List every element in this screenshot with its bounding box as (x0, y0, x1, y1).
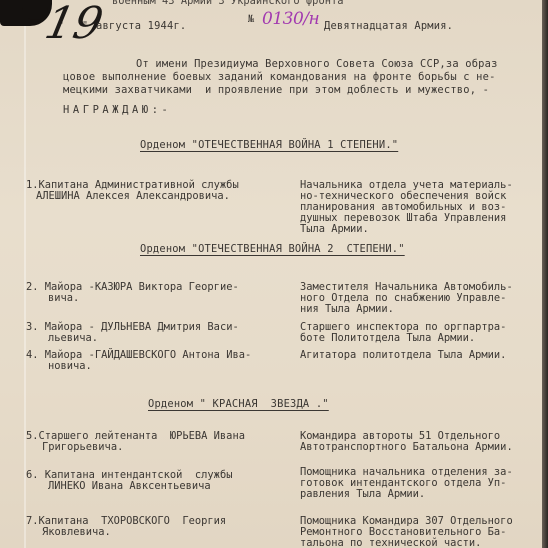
preamble-line-2: цовое выполнение боевых заданий командов… (63, 72, 496, 83)
position-line: тальона по технической части. (300, 538, 540, 548)
award-entry-5-position: Командира автороты 51 Отдельного Автотра… (300, 431, 540, 453)
preamble-line-3: мецкими захватчиками и проявление при эт… (63, 85, 489, 96)
award-entry-6-name: 6. Капитана интендантской службы ЛИНЕКО … (26, 470, 288, 492)
position-line: боте Политотдела Тыла Армии. (300, 333, 540, 344)
section-heading-patriotic-war-1: Орденом "ОТЕЧЕСТВЕННАЯ ВОЙНА 1 СТЕПЕНИ." (140, 140, 398, 151)
award-entry-5-name: 5.Старшего лейтенанта ЮРЬЕВА Ивана Григо… (26, 431, 288, 453)
order-number: 0130/н (262, 9, 319, 29)
section-heading-red-star: Орденом " КРАСНАЯ ЗВЕЗДА ." (148, 399, 329, 410)
award-entry-4-position: Агитатора политотдела Тыла Армии. (300, 350, 540, 361)
position-line: равления Тыла Армии. (300, 489, 540, 500)
entry-2-line-2: вича. (26, 293, 288, 304)
entry-6-line-2: ЛИНЕКО Ивана Авксентьевича (26, 481, 288, 492)
award-entry-1-position: Начальника отдела учета материаль- но-те… (300, 180, 540, 235)
position-line: Автотранспортного Батальона Армии. (300, 442, 540, 453)
award-entry-7-position: Помощника Командира 307 Отдельного Ремон… (300, 516, 540, 548)
army-name: Девятнадцатая Армия. (324, 21, 453, 32)
entry-7-line-2: Яковлевича. (26, 527, 288, 538)
award-entry-7-name: 7.Капитана ТХОРОВСКОГО Георгия Яковлевич… (26, 516, 288, 538)
award-entry-4-name: 4. Майора -ГАЙДАШЕВСКОГО Антона Ива- нов… (26, 350, 288, 372)
paper-fold (24, 0, 26, 548)
section-heading-patriotic-war-2: Орденом "ОТЕЧЕСТВЕННАЯ ВОЙНА 2 СТЕПЕНИ." (140, 244, 405, 255)
preamble-line-1: От имени Президиума Верховного Совета Со… (136, 59, 498, 70)
award-entry-3-name: 3. Майора - ДУЛЬНЕВА Дмитрия Васи- льеви… (26, 322, 288, 344)
date-month-year: августа 1944г. (96, 21, 186, 32)
award-entry-1-name: 1.Капитана Административной службы АЛЕШИ… (26, 180, 288, 202)
award-entry-2-name: 2. Майора -КАЗЮРА Виктора Георгие- вича. (26, 282, 288, 304)
position-line: Тыла Армии. (300, 224, 540, 235)
entry-4-line-2: новича. (26, 361, 288, 372)
award-entry-6-position: Помощника начальника отделения за- готов… (300, 467, 540, 500)
header-cut-line: военным 43 Армии 3 Украинского фронта (112, 0, 343, 7)
page-edge (542, 0, 548, 548)
entry-1-line-2: АЛЕШИНА Алексея Александровича. (26, 191, 288, 202)
awards-label: НАГРАЖДАЮ:- (63, 105, 171, 116)
award-entry-3-position: Старшего инспектора по оргпартра- боте П… (300, 322, 540, 344)
quote-close: " (82, 20, 88, 31)
order-number-prefix: № (248, 14, 254, 25)
award-entry-2-position: Заместителя Начальника Автомобиль- ного … (300, 282, 540, 315)
position-line: Агитатора политотдела Тыла Армии. (300, 350, 540, 361)
position-line: ния Тыла Армии. (300, 304, 540, 315)
entry-5-line-2: Григорьевича. (26, 442, 288, 453)
entry-3-line-2: льевича. (26, 333, 288, 344)
